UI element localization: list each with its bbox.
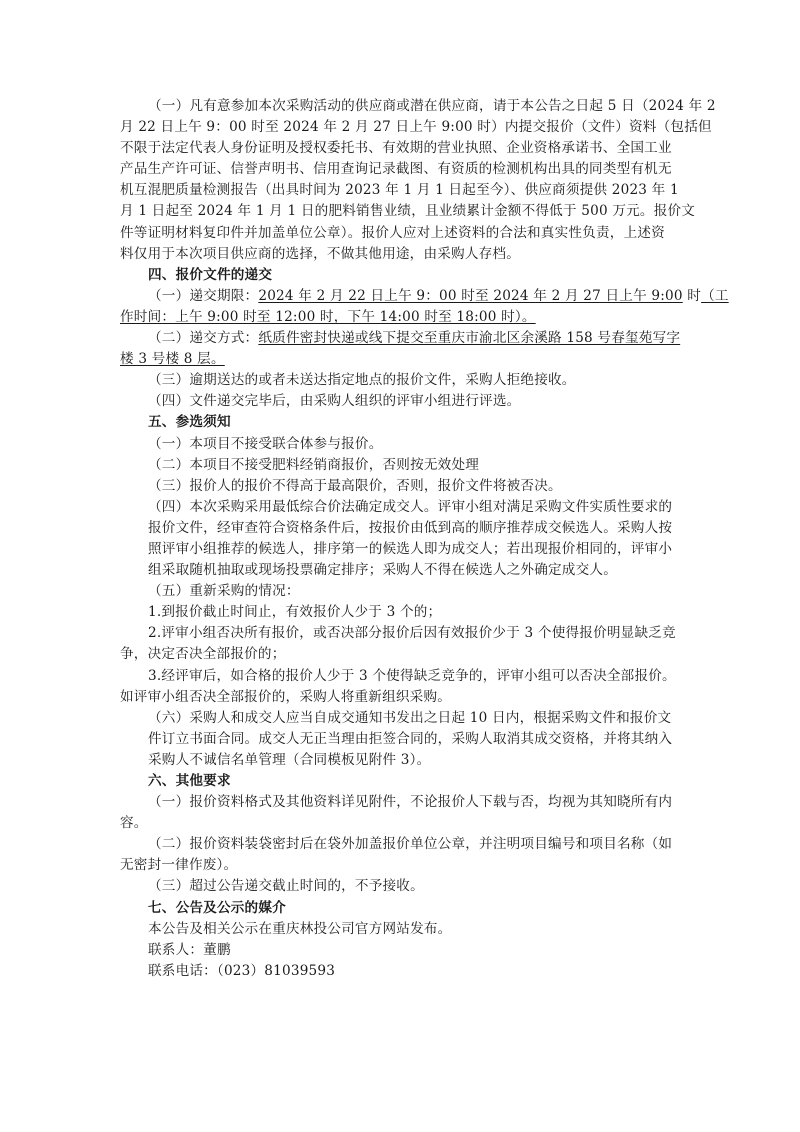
sec5-item1: （一）本项目不接受联合体参与报价。	[120, 434, 682, 455]
sec3-item1-paragraph: （一）凡有意参加本次采购活动的供应商或潜在供应商，请于本公告之日起 5 日（20…	[120, 96, 682, 265]
contact-person: 联系人：董鹏	[120, 940, 682, 961]
text-line: 报价文件，经审查符合资格条件后，按报价由低到高的顺序推荐成交候选人。采购人按	[120, 518, 682, 539]
text-line: 产品生产许可证、信誉声明书、信用查询记录截图、有资质的检测机构出具的同类型有机无	[120, 159, 682, 180]
section-heading-5: 五、参选须知	[120, 412, 682, 433]
text-line: （四）本次采购采用最低综合价法确定成交人。评审小组对满足采购文件实质性要求的	[120, 497, 682, 518]
text-line: 3.经评审后，如合格的报价人少于 3 个使得缺乏竞争的，评审小组可以否决全部报价…	[120, 666, 682, 687]
text-line: （一）报价资料格式及其他资料详见附件，不论报价人下载与否，均视为其知晓所有内	[120, 792, 682, 813]
label: （二）递交方式：	[148, 330, 258, 346]
sec6-item3: （三）超过公告递交截止时间的，不予接收。	[120, 876, 682, 897]
text-line: 月 22 日上午 9：00 时至 2024 年 2 月 27 日上午 9:00 …	[120, 117, 682, 138]
text-line: 料仅用于本次项目供应商的选择，不做其他用途，由采购人存档。	[120, 244, 682, 265]
sec4-item3: （三）逾期送达的或者未送达指定地点的报价文件，采购人拒绝接收。	[120, 370, 682, 391]
text-line: 容。	[120, 813, 682, 834]
text: 时	[683, 288, 701, 304]
publication-note: 本公告及相关公示在重庆林投公司官方网站发布。	[120, 919, 682, 940]
sec5-item2: （二）本项目不接受肥料经销商报价，否则按无效处理	[120, 455, 682, 476]
sec4-item2-line1: （二）递交方式：纸质件密封快递或线下提交至重庆市渝北区余溪路 158 号春玺苑写…	[120, 328, 682, 349]
document-page: （一）凡有意参加本次采购活动的供应商或潜在供应商，请于本公告之日起 5 日（20…	[120, 96, 682, 982]
section-heading-6: 六、其他要求	[120, 771, 682, 792]
text-line: 照评审小组推荐的候选人，排序第一的候选人即为成交人；若出现报价相同的，评审小	[120, 539, 682, 560]
work-hours-underlined: （工	[701, 288, 729, 304]
address-underlined: 楼 3 号楼 8 层。	[120, 351, 225, 367]
text-line: 件订立书面合同。成交人无正当理由拒签合同的，采购人取消其成交资格，并将其纳入	[120, 729, 682, 750]
text-line: （一）凡有意参加本次采购活动的供应商或潜在供应商，请于本公告之日起 5 日（20…	[120, 96, 682, 117]
text-line: 不限于法定代表人身份证明及授权委托书、有效期的营业执照、企业资格承诺书、全国工业	[120, 138, 682, 159]
text-line: 机互混肥质量检测报告（出具时间为 2023 年 1 月 1 日起至今）、供应商须…	[120, 180, 682, 201]
address-underlined: 纸质件密封快递或线下提交至重庆市渝北区余溪路 158 号春玺苑写字	[258, 330, 680, 346]
sec4-item1-line2: 作时间：上午 9:00 时至 12:00 时，下午 14:00 时至 18:00…	[120, 307, 682, 328]
text-line: （二）报价资料装袋密封后在袋外加盖报价单位公章，并注明项目编号和项目名称（如	[120, 834, 682, 855]
contact-phone: 联系电话：（023）81039593	[120, 961, 682, 982]
sec5-item3: （三）报价人的报价不得高于最高限价，否则，报价文件将被否决。	[120, 476, 682, 497]
section-heading-4: 四、报价文件的递交	[120, 265, 682, 286]
text-line: 无密封一律作废）。	[120, 855, 682, 876]
sec4-item4: （四）文件递交完毕后，由采购人组织的评审小组进行评选。	[120, 391, 682, 412]
text-line: 组采取随机抽取或现场投票确定排序；采购人不得在候选人之外确定成交人。	[120, 560, 682, 581]
work-hours-underlined: 作时间：上午 9:00 时至 12:00 时，下午 14:00 时至 18:00…	[120, 309, 536, 325]
text-line: 2.评审小组否决所有报价，或否决部分报价后因有效报价少于 3 个使得报价明显缺乏…	[120, 623, 682, 644]
text-line: 采购人不诚信名单管理（合同模板见附件 3）。	[120, 750, 682, 771]
text-line: 如评审小组否决全部报价的，采购人将重新组织采购。	[120, 687, 682, 708]
text-line: （六）采购人和成交人应当自成交通知书发出之日起 10 日内，根据采购文件和报价文	[120, 708, 682, 729]
sec5-item5-1: 1.到报价截止时间止，有效报价人少于 3 个的；	[120, 602, 682, 623]
sec4-item2-line2: 楼 3 号楼 8 层。	[120, 349, 682, 370]
text-line: 争，决定否决全部报价的；	[120, 644, 682, 665]
label: （一）递交期限：	[148, 288, 258, 304]
sec4-item1-line1: （一）递交期限：2024 年 2 月 22 日上午 9：00 时至 2024 年…	[120, 286, 682, 307]
deadline-underlined: 2024 年 2 月 22 日上午 9：00 时至 2024 年 2 月 27 …	[258, 288, 682, 304]
text-line: 月 1 日起至 2024 年 1 月 1 日的肥料销售业绩，且业绩累计金额不得低…	[120, 201, 682, 222]
sec5-item5-title: （五）重新采购的情况：	[120, 581, 682, 602]
section-heading-7: 七、公告及公示的媒介	[120, 898, 682, 919]
text-line: 件等证明材料复印件并加盖单位公章）。报价人应对上述资料的合法和真实性负责，上述资	[120, 223, 682, 244]
